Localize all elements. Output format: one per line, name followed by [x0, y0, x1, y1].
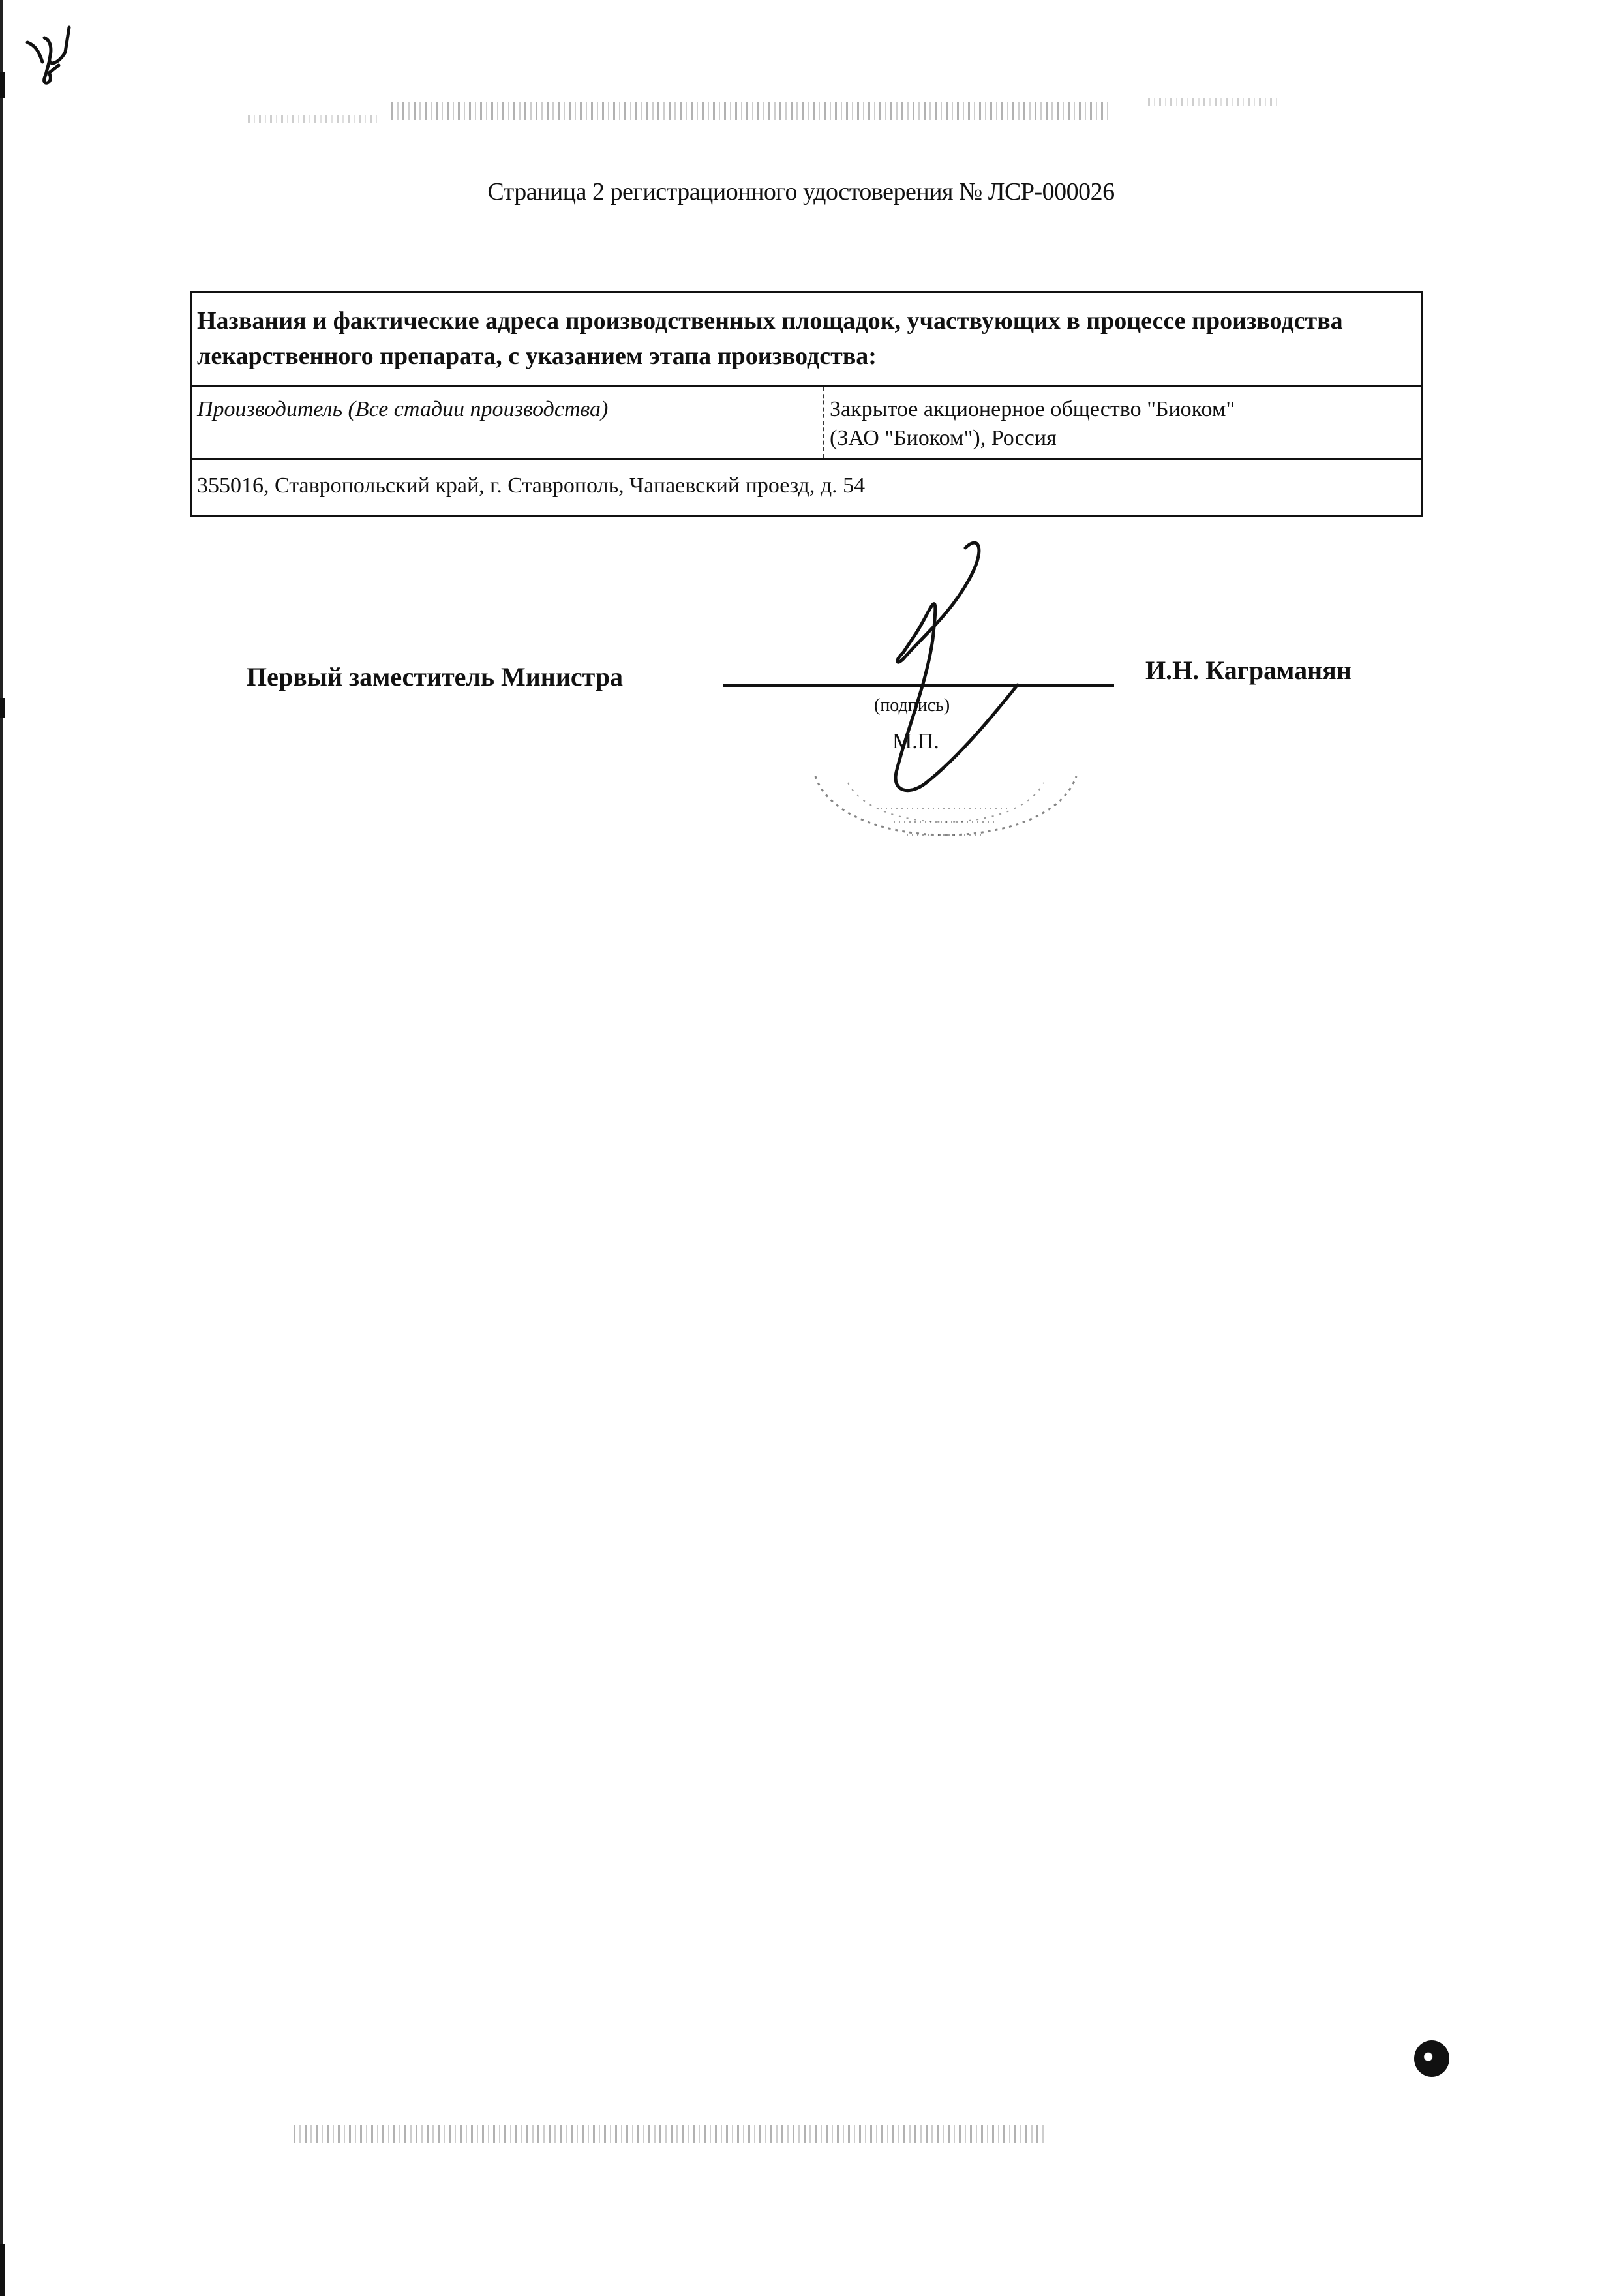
handwritten-signature-icon	[770, 535, 1109, 809]
organization-short-name: (ЗАО "Биоком"), Россия	[830, 424, 1415, 453]
punch-hole-mark-icon	[1414, 2040, 1449, 2077]
header-noise-band	[391, 102, 1109, 120]
footer-noise-band	[294, 2125, 1044, 2143]
header-noise-band	[1148, 98, 1278, 106]
scan-artifact	[0, 72, 5, 98]
header-noise-band	[248, 115, 378, 123]
page-title: Страница 2 регистрационного удостоверени…	[0, 177, 1602, 206]
site-address: 355016, Ставропольский край, г. Ставропо…	[192, 460, 870, 515]
table-header: Названия и фактические адреса производст…	[192, 293, 1421, 385]
manufacturer-role: Производитель (Все стадии производства)	[192, 387, 824, 458]
signatory-name: И.Н. Каграманян	[1145, 655, 1352, 686]
manufacturer-organization: Закрытое акционерное общество "Биоком" (…	[824, 387, 1421, 458]
signatory-position: Первый заместитель Министра	[247, 661, 623, 692]
scan-artifact	[0, 2244, 5, 2296]
organization-name: Закрытое акционерное общество "Биоком"	[830, 395, 1415, 424]
scan-edge	[0, 0, 3, 2296]
table-row: Производитель (Все стадии производства) …	[192, 385, 1421, 458]
table-header-row: Названия и фактические адреса производст…	[192, 293, 1421, 385]
table-row-address: 355016, Ставропольский край, г. Ставропо…	[192, 458, 1421, 515]
handwritten-initials-icon	[20, 13, 85, 85]
scan-artifact	[0, 698, 5, 717]
production-sites-table: Названия и фактические адреса производст…	[190, 291, 1423, 517]
